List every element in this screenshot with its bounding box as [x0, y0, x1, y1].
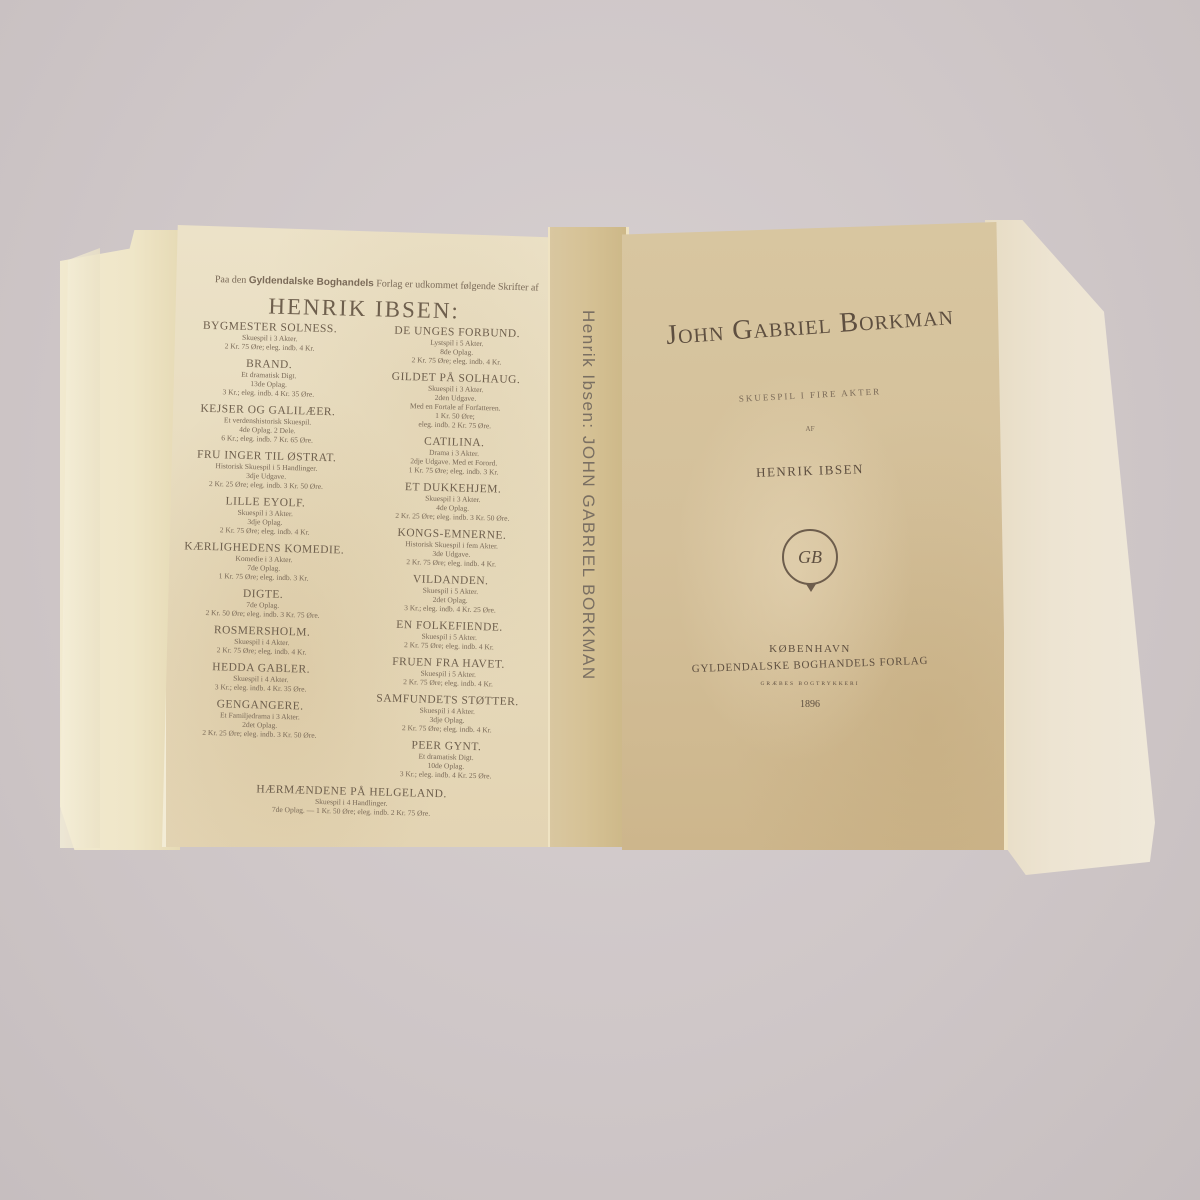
book-list-entry: KONGS-EMNERNE.Historisk Skuespil i fem A… [365, 526, 539, 570]
intro-prefix: Paa den [215, 274, 249, 286]
front-cover-text: John Gabriel Borkman SKUESPIL I FIRE AKT… [630, 300, 990, 710]
spine-title: Henrik Ibsen: JOHN GABRIEL BORKMAN [578, 310, 598, 681]
book-list-entry: FRU INGER TIL ØSTRAT.Historisk Skuespil … [179, 448, 353, 492]
book-list-entry: KÆRLIGHEDENS KOMEDIE.Komedie i 3 Akter.7… [177, 540, 351, 584]
book-list-entry: BYGMESTER SOLNESS.Skuespil i 3 Akter.2 K… [183, 319, 357, 354]
right-flap [985, 220, 1155, 875]
publisher-name: GYLDENDALSKE BOGHANDELS FORLAG [630, 653, 990, 678]
back-cover-text: Paa den Gyldendalske Boghandels Forlag e… [171, 273, 545, 827]
book-title: John Gabriel Borkman [629, 297, 990, 354]
book-list-entry: EN FOLKEFIENDE.Skuespil i 5 Akter.2 Kr. … [363, 618, 537, 653]
right-column: DE UNGES FORBUND.Lystspil i 5 Akter.8de … [359, 324, 544, 788]
book-author: HENRIK IBSEN [630, 457, 990, 486]
book-list-entry: HEDDA GABLER.Skuespil i 4 Akter.3 Kr.; e… [174, 660, 348, 695]
printer-name: GRÆBES BOGTRYKKERI [630, 681, 990, 687]
left-column: BYGMESTER SOLNESS.Skuespil i 3 Akter.2 K… [172, 319, 357, 783]
book-list-entry: PEER GYNT.Et dramatisk Digt.10de Oplag.3… [359, 738, 533, 782]
book-list-entry: CATILINA.Drama i 3 Akter.2dje Udgave. Me… [367, 434, 541, 478]
book-list-entry: BRAND.Et dramatisk Digt.13de Oplag.3 Kr.… [182, 356, 356, 400]
book-list-entry: DE UNGES FORBUND.Lystspil i 5 Akter.8de … [370, 324, 544, 368]
book-list-entry: FRUEN FRA HAVET.Skuespil i 5 Akter.2 Kr.… [362, 655, 536, 690]
photo-scene: Paa den Gyldendalske Boghandels Forlag e… [0, 0, 1200, 1200]
by-label: AF [630, 425, 990, 433]
book-list-entry: SAMFUNDETS STØTTER.Skuespil i 4 Akter.3d… [360, 692, 534, 736]
publication-year: 1896 [630, 699, 990, 710]
publisher-emblem-icon: GB [782, 529, 838, 585]
book-list-entry: GENGANGERE.Et Familjedrama i 3 Akter.2de… [173, 697, 347, 741]
title-columns: BYGMESTER SOLNESS.Skuespil i 3 Akter.2 K… [172, 319, 544, 788]
book-list-entry: VILDANDEN.Skuespil i 5 Akter.2det Oplag.… [363, 572, 537, 616]
book-list-entry: ROSMERSHOLM.Skuespil i 4 Akter.2 Kr. 75 … [175, 623, 349, 658]
intro-publisher: Gyldendalske Boghandels [249, 275, 374, 289]
book-subtitle: SKUESPIL I FIRE AKTER [630, 381, 990, 410]
book-list-entry: LILLE EYOLF.Skuespil i 3 Akter.3dje Opla… [178, 494, 352, 538]
book-list-entry: DIGTE.7de Oplag.2 Kr. 50 Øre; eleg. indb… [176, 586, 350, 621]
book-list-entry: GILDET PÅ SOLHAUG.Skuespil i 3 Akter.2de… [368, 370, 542, 432]
publisher-city: KØBENHAVN [630, 643, 990, 655]
book-list-entry: ET DUKKEHJEM.Skuespil i 3 Akter.4de Opla… [366, 480, 540, 524]
book-list-entry: KEJSER OG GALILÆER.Et verdenshistorisk S… [181, 402, 355, 446]
